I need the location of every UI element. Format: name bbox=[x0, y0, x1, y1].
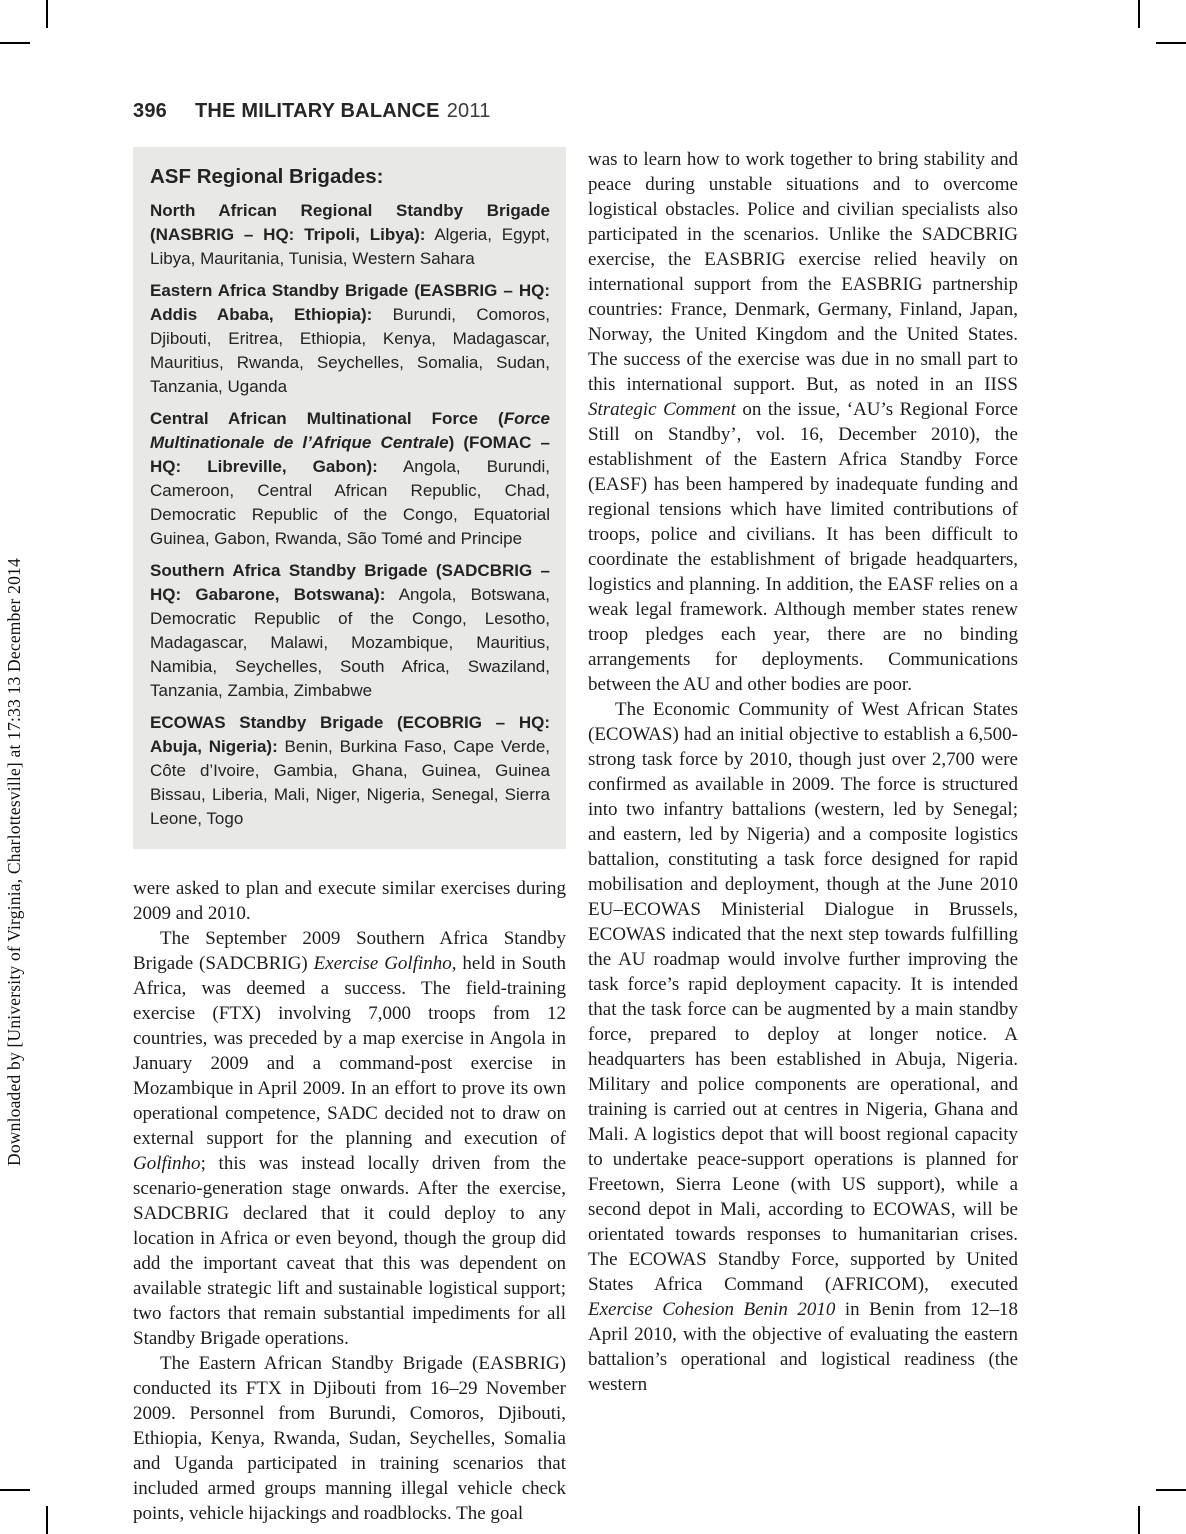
book-year: 2011 bbox=[447, 100, 491, 122]
crop-mark bbox=[46, 0, 48, 28]
page-number: 396 bbox=[133, 100, 167, 122]
entry-heading: Central African Multinational Force ( bbox=[150, 409, 504, 428]
crop-mark bbox=[1156, 1489, 1186, 1491]
italic-exercise-name: Exercise Golfinho bbox=[314, 953, 452, 974]
brigade-entry-fomac: Central African Multinational Force (For… bbox=[150, 407, 550, 551]
crop-mark bbox=[0, 42, 30, 44]
box-title: ASF Regional Brigades: bbox=[150, 163, 550, 191]
italic-exercise-name: Exercise Cohesion Benin 2010 bbox=[588, 1299, 835, 1320]
brigade-entry-sadcbrig: Southern Africa Standby Brigade (SADCBRI… bbox=[150, 559, 550, 703]
download-watermark: Downloaded by [University of Virginia, C… bbox=[4, 392, 25, 1166]
brigade-entry-ecobrig: ECOWAS Standby Brigade (ECOBRIG – HQ: Ab… bbox=[150, 711, 550, 831]
journal-page: Downloaded by [University of Virginia, C… bbox=[0, 0, 1186, 1534]
paragraph-left-3: The Eastern African Standby Brigade (EAS… bbox=[133, 1351, 566, 1526]
brigade-entry-easbrig: Eastern Africa Standby Brigade (EASBRIG … bbox=[150, 279, 550, 399]
crop-mark bbox=[1138, 0, 1140, 28]
left-column: ASF Regional Brigades: North African Reg… bbox=[133, 147, 566, 1526]
paragraph-left-2: The September 2009 Southern Africa Stand… bbox=[133, 926, 566, 1351]
brigade-entry-nasbrig: North African Regional Standby Brigade (… bbox=[150, 199, 550, 271]
crop-mark bbox=[1138, 1506, 1140, 1534]
asf-regional-brigades-box: ASF Regional Brigades: North African Reg… bbox=[133, 147, 566, 849]
paragraph-right-1: was to learn how to work together to bri… bbox=[588, 147, 1018, 697]
italic-publication-name: Strategic Comment bbox=[588, 399, 736, 420]
crop-mark bbox=[1156, 42, 1186, 44]
paragraph-left-1: were asked to plan and execute similar e… bbox=[133, 876, 566, 926]
running-head: 396THE MILITARY BALANCE2011 bbox=[133, 100, 491, 123]
book-title: THE MILITARY BALANCE bbox=[195, 100, 440, 122]
crop-mark bbox=[46, 1506, 48, 1534]
crop-mark bbox=[0, 1489, 30, 1491]
italic-exercise-name: Golfinho bbox=[133, 1153, 201, 1174]
right-column: was to learn how to work together to bri… bbox=[588, 147, 1018, 1397]
paragraph-right-2: The Economic Community of West African S… bbox=[588, 697, 1018, 1397]
